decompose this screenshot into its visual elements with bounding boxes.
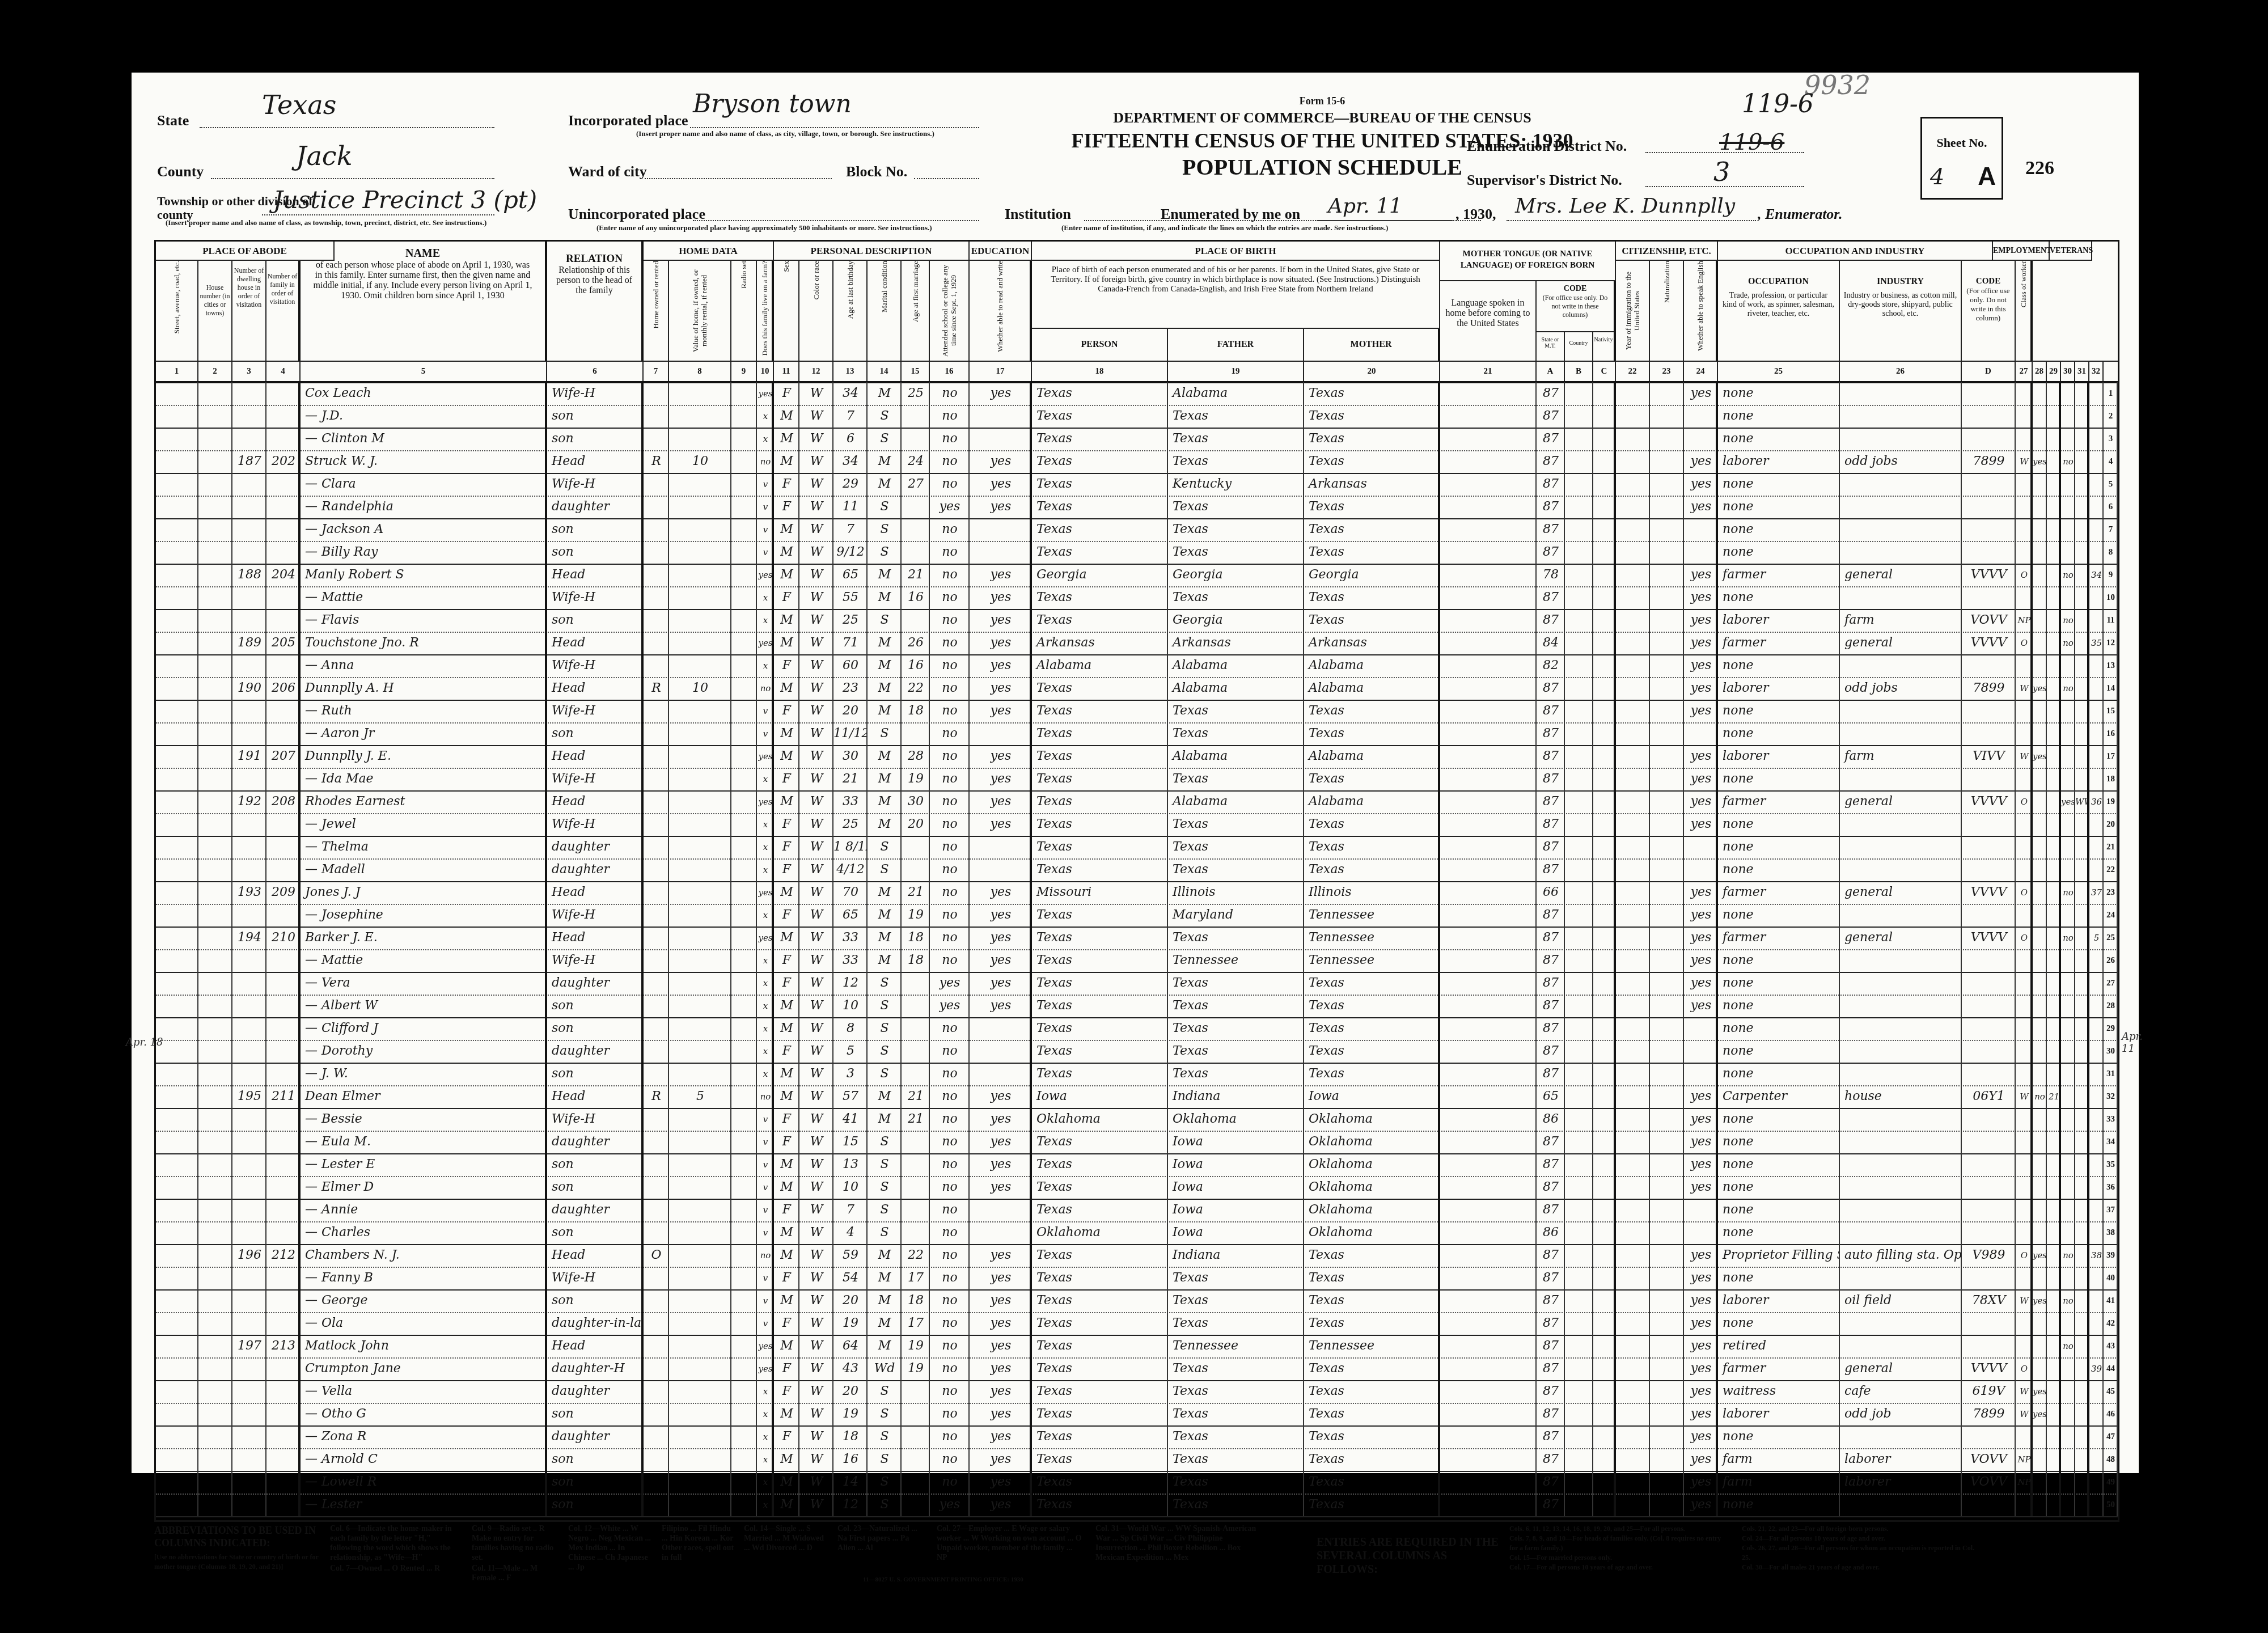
cell-read[interactable]: yes — [970, 1131, 1032, 1153]
cell-relation[interactable]: son — [547, 722, 644, 745]
cell-occupation[interactable]: none — [1718, 836, 1840, 858]
cell-race[interactable]: W — [799, 1063, 833, 1085]
cell-industry[interactable]: auto filling sta. Operator — [1840, 1244, 1962, 1267]
cell-value[interactable] — [669, 1335, 731, 1357]
cell-mother[interactable]: Texas — [1304, 428, 1440, 450]
cell-race[interactable]: W — [799, 541, 833, 564]
cell-read[interactable]: yes — [970, 927, 1032, 949]
cell-birth[interactable]: Texas — [1032, 541, 1168, 564]
cell-relation[interactable]: Wife-H — [547, 768, 644, 790]
cell-name[interactable]: — Ida Mae — [301, 768, 547, 790]
cell-name[interactable]: — Ruth — [301, 700, 547, 722]
cell-code-d[interactable] — [1962, 405, 2016, 428]
cell-farm-sched[interactable] — [2089, 609, 2104, 632]
cell-radio[interactable] — [731, 1380, 757, 1403]
cell-industry[interactable] — [1840, 1040, 1962, 1063]
cell-school[interactable]: no — [930, 677, 970, 700]
cell-english[interactable] — [1684, 1199, 1718, 1221]
cell-dwelling[interactable] — [232, 949, 266, 972]
cell-industry[interactable] — [1840, 1267, 1962, 1289]
cell-age-marr[interactable]: 18 — [902, 927, 930, 949]
cell-code-a[interactable]: 87 — [1537, 745, 1565, 768]
cell-read[interactable]: yes — [970, 1494, 1032, 1516]
cell-age-marr[interactable]: 21 — [902, 1085, 930, 1108]
cell-birth[interactable]: Texas — [1032, 700, 1168, 722]
cell-read[interactable]: yes — [970, 881, 1032, 904]
cell-owned[interactable] — [644, 972, 669, 995]
cell-vet[interactable] — [2061, 382, 2075, 405]
cell-name[interactable]: — J.D. — [301, 405, 547, 428]
cell-code-d[interactable] — [1962, 496, 2016, 518]
cell-age-marr[interactable]: 18 — [902, 700, 930, 722]
cell-race[interactable]: W — [799, 1176, 833, 1199]
cell-at-work[interactable]: yes — [2033, 1403, 2047, 1425]
cell-mother[interactable]: Texas — [1304, 722, 1440, 745]
cell-race[interactable]: W — [799, 564, 833, 586]
cell-value[interactable] — [669, 382, 731, 405]
cell-father[interactable]: Alabama — [1168, 745, 1304, 768]
cell-code-a[interactable]: 87 — [1537, 1244, 1565, 1267]
cell-code-a[interactable]: 87 — [1537, 1289, 1565, 1312]
cell-age-marr[interactable]: 30 — [902, 790, 930, 813]
cell-name[interactable]: — Albert W — [301, 995, 547, 1017]
cell-father[interactable]: Texas — [1168, 1494, 1304, 1516]
cell-relation[interactable]: Wife-H — [547, 1108, 644, 1131]
cell-race[interactable]: W — [799, 677, 833, 700]
cell-dwelling[interactable] — [232, 1357, 266, 1380]
cell-at-work[interactable] — [2033, 722, 2047, 745]
cell-family[interactable] — [266, 768, 301, 790]
cell-father[interactable]: Georgia — [1168, 609, 1304, 632]
cell-value[interactable] — [669, 654, 731, 677]
cell-english[interactable]: yes — [1684, 972, 1718, 995]
cell-age[interactable]: 71 — [833, 632, 868, 654]
cell-mother[interactable]: Texas — [1304, 1267, 1440, 1289]
cell-code-d[interactable]: VVVV — [1962, 790, 2016, 813]
cell-value[interactable] — [669, 428, 731, 450]
cell-sex[interactable]: M — [774, 927, 799, 949]
cell-mother[interactable]: Alabama — [1304, 654, 1440, 677]
cell-farm-sched[interactable] — [2089, 586, 2104, 609]
cell-industry[interactable]: farm — [1840, 609, 1962, 632]
cell-radio[interactable] — [731, 564, 757, 586]
cell-code-a[interactable]: 87 — [1537, 428, 1565, 450]
cell-code-a[interactable]: 87 — [1537, 768, 1565, 790]
cell-age[interactable]: 70 — [833, 881, 868, 904]
cell-family[interactable] — [266, 541, 301, 564]
cell-relation[interactable]: son — [547, 1448, 644, 1471]
cell-race[interactable]: W — [799, 1244, 833, 1267]
cell-dwelling[interactable] — [232, 1199, 266, 1221]
cell-code-a[interactable]: 87 — [1537, 1131, 1565, 1153]
cell-at-work[interactable]: yes — [2033, 1380, 2047, 1403]
cell-code-d[interactable]: VOVV — [1962, 609, 2016, 632]
cell-relation[interactable]: Wife-H — [547, 382, 644, 405]
cell-family[interactable] — [266, 382, 301, 405]
cell-code-a[interactable]: 66 — [1537, 881, 1565, 904]
cell-age[interactable]: 65 — [833, 904, 868, 927]
cell-english[interactable] — [1684, 858, 1718, 881]
cell-occupation[interactable]: none — [1718, 1063, 1840, 1085]
cell-name[interactable]: — Flavis — [301, 609, 547, 632]
cell-sex[interactable]: F — [774, 1131, 799, 1153]
cell-name[interactable]: — George — [301, 1289, 547, 1312]
cell-code-d[interactable]: VVVV — [1962, 1357, 2016, 1380]
cell-age[interactable]: 57 — [833, 1085, 868, 1108]
cell-radio[interactable] — [731, 1131, 757, 1153]
cell-industry[interactable] — [1840, 382, 1962, 405]
cell-value[interactable] — [669, 700, 731, 722]
cell-age[interactable]: 12 — [833, 972, 868, 995]
cell-read[interactable]: yes — [970, 1108, 1032, 1131]
cell-owned[interactable] — [644, 1267, 669, 1289]
cell-industry[interactable] — [1840, 541, 1962, 564]
cell-code-a[interactable]: 87 — [1537, 1335, 1565, 1357]
cell-father[interactable]: Texas — [1168, 518, 1304, 541]
cell-value[interactable] — [669, 1199, 731, 1221]
cell-occupation[interactable]: farmer — [1718, 881, 1840, 904]
cell-farm-sched[interactable] — [2089, 768, 2104, 790]
cell-code-d[interactable] — [1962, 949, 2016, 972]
cell-radio[interactable] — [731, 1335, 757, 1357]
cell-sex[interactable]: F — [774, 836, 799, 858]
cell-race[interactable]: W — [799, 586, 833, 609]
cell-family[interactable] — [266, 1494, 301, 1516]
cell-family[interactable] — [266, 1357, 301, 1380]
cell-occupation[interactable]: farmer — [1718, 564, 1840, 586]
cell-race[interactable]: W — [799, 972, 833, 995]
cell-code-a[interactable]: 87 — [1537, 790, 1565, 813]
cell-name[interactable]: — Madell — [301, 858, 547, 881]
cell-code-a[interactable]: 87 — [1537, 813, 1565, 836]
cell-school[interactable]: no — [930, 745, 970, 768]
cell-at-work[interactable] — [2033, 1312, 2047, 1335]
cell-relation[interactable]: son — [547, 1494, 644, 1516]
sheet-value[interactable]: 4 — [1930, 164, 1944, 190]
cell-name[interactable]: — Charles — [301, 1221, 547, 1244]
cell-value[interactable] — [669, 518, 731, 541]
cell-vet[interactable] — [2061, 1153, 2075, 1176]
cell-race[interactable]: W — [799, 1335, 833, 1357]
cell-father[interactable]: Maryland — [1168, 904, 1304, 927]
cell-school[interactable]: no — [930, 700, 970, 722]
cell-age-marr[interactable]: 27 — [902, 473, 930, 496]
cell-family[interactable]: 209 — [266, 881, 301, 904]
cell-radio[interactable] — [731, 473, 757, 496]
cell-vet[interactable] — [2061, 1085, 2075, 1108]
cell-sex[interactable]: M — [774, 609, 799, 632]
cell-code-a[interactable]: 87 — [1537, 949, 1565, 972]
cell-age[interactable]: 29 — [833, 473, 868, 496]
cell-sex[interactable]: M — [774, 450, 799, 473]
cell-dwelling[interactable]: 192 — [232, 790, 266, 813]
cell-vet[interactable] — [2061, 1199, 2075, 1221]
cell-vet[interactable]: no — [2061, 881, 2075, 904]
cell-occupation[interactable]: none — [1718, 405, 1840, 428]
cell-farm-sched[interactable] — [2089, 450, 2104, 473]
cell-value[interactable] — [669, 586, 731, 609]
cell-race[interactable]: W — [799, 1289, 833, 1312]
cell-race[interactable]: W — [799, 1403, 833, 1425]
cell-vet[interactable] — [2061, 995, 2075, 1017]
cell-code-a[interactable]: 87 — [1537, 473, 1565, 496]
cell-age[interactable]: 33 — [833, 949, 868, 972]
cell-vet[interactable] — [2061, 1380, 2075, 1403]
cell-farm-sched[interactable]: 34 — [2089, 564, 2104, 586]
cell-marital[interactable]: S — [868, 1176, 902, 1199]
cell-farm-sched[interactable] — [2089, 541, 2104, 564]
cell-at-work[interactable] — [2033, 518, 2047, 541]
cell-industry[interactable] — [1840, 586, 1962, 609]
cell-industry[interactable]: oil field — [1840, 1289, 1962, 1312]
cell-name[interactable]: — Bessie — [301, 1108, 547, 1131]
cell-farm-sched[interactable] — [2089, 677, 2104, 700]
cell-mother[interactable]: Alabama — [1304, 745, 1440, 768]
cell-read[interactable] — [970, 1063, 1032, 1085]
cell-school[interactable]: no — [930, 904, 970, 927]
cell-read[interactable]: yes — [970, 586, 1032, 609]
cell-industry[interactable] — [1840, 1131, 1962, 1153]
cell-at-work[interactable] — [2033, 1335, 2047, 1357]
cell-code-d[interactable] — [1962, 428, 2016, 450]
cell-owned[interactable] — [644, 700, 669, 722]
cell-vet[interactable]: no — [2061, 632, 2075, 654]
cell-relation[interactable]: daughter — [547, 1131, 644, 1153]
cell-race[interactable]: W — [799, 1017, 833, 1040]
cell-dwelling[interactable]: 196 — [232, 1244, 266, 1267]
cell-occupation[interactable]: none — [1718, 1108, 1840, 1131]
cell-code-d[interactable]: VIVV — [1962, 745, 2016, 768]
cell-school[interactable]: no — [930, 1267, 970, 1289]
cell-name[interactable]: — Vera — [301, 972, 547, 995]
cell-birth[interactable]: Texas — [1032, 1131, 1168, 1153]
cell-value[interactable] — [669, 496, 731, 518]
cell-code-d[interactable]: VVVV — [1962, 927, 2016, 949]
cell-industry[interactable] — [1840, 1153, 1962, 1176]
cell-marital[interactable]: M — [868, 564, 902, 586]
cell-mother[interactable]: Georgia — [1304, 564, 1440, 586]
cell-race[interactable]: W — [799, 1153, 833, 1176]
cell-school[interactable]: no — [930, 1040, 970, 1063]
cell-age-marr[interactable]: 21 — [902, 564, 930, 586]
cell-age-marr[interactable]: 19 — [902, 768, 930, 790]
cell-birth[interactable]: Texas — [1032, 1494, 1168, 1516]
enumerated-date[interactable]: Apr. 11 — [1328, 194, 1402, 218]
cell-father[interactable]: Texas — [1168, 1380, 1304, 1403]
cell-farm-sched[interactable] — [2089, 722, 2104, 745]
cell-school[interactable]: no — [930, 654, 970, 677]
cell-industry[interactable] — [1840, 1176, 1962, 1199]
cell-age[interactable]: 64 — [833, 1335, 868, 1357]
cell-mother[interactable]: Texas — [1304, 586, 1440, 609]
cell-farm-sched[interactable] — [2089, 1153, 2104, 1176]
cell-birth[interactable]: Texas — [1032, 1267, 1168, 1289]
cell-code-d[interactable] — [1962, 1312, 2016, 1335]
cell-owned[interactable] — [644, 609, 669, 632]
cell-read[interactable] — [970, 836, 1032, 858]
cell-mother[interactable]: Texas — [1304, 972, 1440, 995]
cell-age[interactable]: 23 — [833, 677, 868, 700]
cell-owned[interactable] — [644, 790, 669, 813]
cell-school[interactable]: no — [930, 1312, 970, 1335]
cell-birth[interactable]: Texas — [1032, 1403, 1168, 1425]
cell-vet[interactable]: no — [2061, 609, 2075, 632]
cell-father[interactable]: Texas — [1168, 1357, 1304, 1380]
cell-code-a[interactable]: 87 — [1537, 972, 1565, 995]
cell-english[interactable] — [1684, 1221, 1718, 1244]
cell-father[interactable]: Texas — [1168, 496, 1304, 518]
cell-family[interactable]: 211 — [266, 1085, 301, 1108]
cell-school[interactable]: no — [930, 790, 970, 813]
cell-occupation[interactable]: none — [1718, 428, 1840, 450]
cell-at-work[interactable] — [2033, 1448, 2047, 1471]
cell-age[interactable]: 7 — [833, 518, 868, 541]
cell-owned[interactable] — [644, 428, 669, 450]
cell-code-a[interactable]: 87 — [1537, 995, 1565, 1017]
cell-farm-sched[interactable] — [2089, 1312, 2104, 1335]
cell-read[interactable]: yes — [970, 972, 1032, 995]
cell-at-work[interactable] — [2033, 836, 2047, 858]
cell-age-marr[interactable] — [902, 518, 930, 541]
cell-name[interactable]: — Fanny B — [301, 1267, 547, 1289]
cell-age[interactable]: 12 — [833, 1494, 868, 1516]
cell-owned[interactable] — [644, 1494, 669, 1516]
cell-radio[interactable] — [731, 677, 757, 700]
cell-father[interactable]: Alabama — [1168, 382, 1304, 405]
cell-occupation[interactable]: Proprietor Filling Station — [1718, 1244, 1840, 1267]
cell-owned[interactable] — [644, 722, 669, 745]
cell-industry[interactable] — [1840, 813, 1962, 836]
cell-marital[interactable]: M — [868, 1244, 902, 1267]
cell-code-a[interactable]: 87 — [1537, 518, 1565, 541]
cell-english[interactable]: yes — [1684, 382, 1718, 405]
cell-race[interactable]: W — [799, 609, 833, 632]
cell-sex[interactable]: F — [774, 496, 799, 518]
cell-english[interactable]: yes — [1684, 677, 1718, 700]
cell-father[interactable]: Texas — [1168, 1017, 1304, 1040]
cell-relation[interactable]: Wife-H — [547, 813, 644, 836]
cell-farm-sched[interactable] — [2089, 382, 2104, 405]
cell-name[interactable]: — Vella — [301, 1380, 547, 1403]
cell-value[interactable]: 10 — [669, 677, 731, 700]
cell-vet[interactable] — [2061, 1357, 2075, 1380]
cell-farm-sched[interactable] — [2089, 1131, 2104, 1153]
cell-sex[interactable]: F — [774, 858, 799, 881]
cell-family[interactable] — [266, 1199, 301, 1221]
cell-family[interactable] — [266, 1403, 301, 1425]
cell-farm-sched[interactable] — [2089, 995, 2104, 1017]
cell-farm-sched[interactable] — [2089, 700, 2104, 722]
cell-age[interactable]: 20 — [833, 1289, 868, 1312]
cell-race[interactable]: W — [799, 1425, 833, 1448]
cell-age[interactable]: 11/12 — [833, 722, 868, 745]
cell-owned[interactable] — [644, 1221, 669, 1244]
cell-value[interactable] — [669, 1380, 731, 1403]
cell-code-d[interactable] — [1962, 813, 2016, 836]
cell-father[interactable]: Texas — [1168, 972, 1304, 995]
cell-occupation[interactable]: none — [1718, 1153, 1840, 1176]
cell-code-d[interactable]: VOVV — [1962, 1448, 2016, 1471]
cell-relation[interactable]: Head — [547, 564, 644, 586]
cell-farm-sched[interactable] — [2089, 1063, 2104, 1085]
cell-name[interactable]: — Dorothy — [301, 1040, 547, 1063]
cell-age[interactable]: 13 — [833, 1153, 868, 1176]
cell-owned[interactable] — [644, 1017, 669, 1040]
cell-age[interactable]: 11 — [833, 496, 868, 518]
cell-marital[interactable]: M — [868, 473, 902, 496]
cell-age[interactable]: 18 — [833, 1425, 868, 1448]
cell-marital[interactable]: M — [868, 904, 902, 927]
cell-radio[interactable] — [731, 858, 757, 881]
cell-race[interactable]: W — [799, 382, 833, 405]
cell-age-marr[interactable] — [902, 405, 930, 428]
cell-industry[interactable]: odd job — [1840, 1403, 1962, 1425]
cell-dwelling[interactable] — [232, 496, 266, 518]
cell-occupation[interactable]: farmer — [1718, 632, 1840, 654]
cell-read[interactable]: yes — [970, 700, 1032, 722]
cell-relation[interactable]: daughter — [547, 972, 644, 995]
cell-farm-sched[interactable] — [2089, 1471, 2104, 1494]
cell-dwelling[interactable] — [232, 904, 266, 927]
cell-relation[interactable]: son — [547, 1403, 644, 1425]
cell-owned[interactable] — [644, 836, 669, 858]
cell-father[interactable]: Texas — [1168, 700, 1304, 722]
cell-relation[interactable]: daughter-H — [547, 1357, 644, 1380]
cell-father[interactable]: Iowa — [1168, 1131, 1304, 1153]
cell-relation[interactable]: son — [547, 1221, 644, 1244]
cell-mother[interactable]: Texas — [1304, 813, 1440, 836]
cell-read[interactable] — [970, 518, 1032, 541]
cell-name[interactable]: — Ola — [301, 1312, 547, 1335]
cell-school[interactable]: no — [930, 586, 970, 609]
cell-code-a[interactable]: 87 — [1537, 1471, 1565, 1494]
cell-industry[interactable] — [1840, 518, 1962, 541]
cell-sex[interactable]: F — [774, 1357, 799, 1380]
cell-value[interactable] — [669, 858, 731, 881]
cell-read[interactable]: yes — [970, 632, 1032, 654]
cell-sex[interactable]: M — [774, 1244, 799, 1267]
cell-mother[interactable]: Texas — [1304, 1244, 1440, 1267]
cell-mother[interactable]: Texas — [1304, 609, 1440, 632]
cell-father[interactable]: Texas — [1168, 428, 1304, 450]
cell-farm-sched[interactable]: 5 — [2089, 927, 2104, 949]
cell-code-a[interactable]: 87 — [1537, 609, 1565, 632]
cell-value[interactable] — [669, 972, 731, 995]
cell-code-d[interactable] — [1962, 1040, 2016, 1063]
cell-family[interactable]: 213 — [266, 1335, 301, 1357]
cell-sex[interactable]: M — [774, 745, 799, 768]
cell-father[interactable]: Alabama — [1168, 654, 1304, 677]
cell-radio[interactable] — [731, 1425, 757, 1448]
cell-dwelling[interactable] — [232, 1448, 266, 1471]
cell-occupation[interactable]: none — [1718, 518, 1840, 541]
cell-marital[interactable]: S — [868, 1494, 902, 1516]
cell-vet[interactable] — [2061, 1017, 2075, 1040]
cell-vet[interactable] — [2061, 1425, 2075, 1448]
cell-dwelling[interactable] — [232, 1176, 266, 1199]
cell-age[interactable]: 34 — [833, 382, 868, 405]
cell-owned[interactable] — [644, 405, 669, 428]
cell-birth[interactable]: Texas — [1032, 927, 1168, 949]
cell-occupation[interactable]: laborer — [1718, 450, 1840, 473]
cell-family[interactable]: 208 — [266, 790, 301, 813]
cell-farm-sched[interactable] — [2089, 1494, 2104, 1516]
cell-sex[interactable]: F — [774, 1380, 799, 1403]
cell-father[interactable]: Texas — [1168, 995, 1304, 1017]
cell-english[interactable]: yes — [1684, 927, 1718, 949]
cell-occupation[interactable]: farm — [1718, 1448, 1840, 1471]
cell-code-d[interactable] — [1962, 1131, 2016, 1153]
